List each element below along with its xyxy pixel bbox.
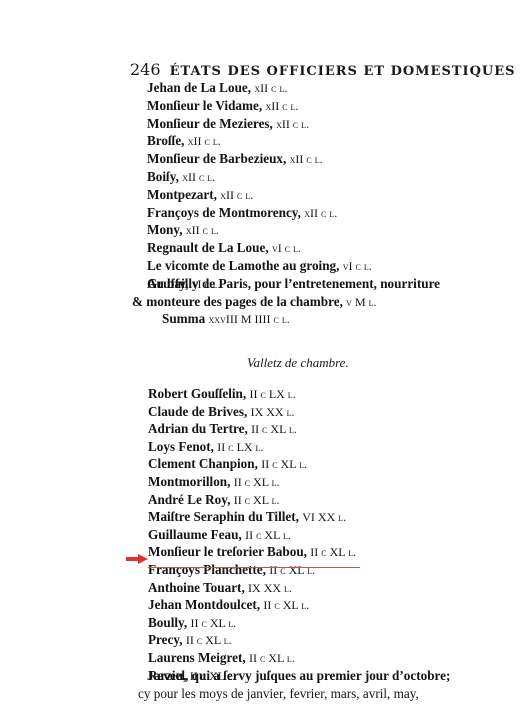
entry-name: Monſieur le treſorier Babou, [148,544,307,559]
entry-amount: xII c l. [304,206,337,220]
entry-amount: VI XX l. [302,510,346,524]
entry-amount: II c XL l. [310,545,356,559]
list-item: Françoys Planchette, II c XL l. [148,562,315,578]
entry-name: Boully, [148,615,187,630]
entry-amount: xII c l. [265,99,298,113]
entry-amount: xII c l. [182,170,215,184]
list-item: Claude de Brives, IX XX l. [148,404,294,420]
list-item: Françoys de Montmorency, xII c l. [147,205,337,221]
list-item: Monſieur le Vidame, xII c l. [147,98,298,114]
section-heading: Valletz de chambre. [247,355,349,371]
list-item: Broſſe, xII c l. [147,133,221,149]
entry-name: Montmorillon, [148,474,230,489]
entry-amount: xII c l. [276,117,309,131]
list-item: Le vicomte de Lamothe au groing, vI c l. [147,258,372,274]
entry-amount: xII c l. [254,81,287,95]
entry-amount: II c XL l. [245,528,291,542]
summa-amount: xxvIII M IIII c l. [209,312,290,326]
entry-name: Monſieur de Mezieres, [147,116,273,131]
entry-amount: II c XL l. [251,422,297,436]
highlight-underline [148,567,360,568]
entry-name: Maiſtre Seraphin du Tillet, [148,509,299,524]
bailly-line-2: & monteure des pages de la chambre, v M … [132,294,377,310]
list-item: Monſieur le treſorier Babou, II c XL l. [148,544,356,560]
list-item: Adrian du Tertre, II c XL l. [148,421,297,437]
entry-amount: II c LX l. [217,440,263,454]
bailly-text: & monteure des pages de la chambre, [132,294,343,309]
entry-amount: II c XL l. [249,651,295,665]
entry-amount: II c XL l. [234,475,280,489]
list-item: Anthoine Touart, IX XX l. [148,580,292,596]
list-item: Regnault de La Loue, vI c l. [147,240,301,256]
list-item: Monſieur de Mezieres, xII c l. [147,116,309,132]
entry-amount: IX XX l. [251,405,295,419]
entry-amount: xII c l. [188,134,221,148]
entry-name: Regnault de La Loue, [147,240,269,255]
entry-name: Monſieur de Barbezieux, [147,151,286,166]
list-item: Clement Chanpion, II c XL l. [148,456,307,472]
entry-name: Loys Fenot, [148,439,214,454]
entry-name: Guillaume Feau, [148,527,242,542]
entry-name: Clement Chanpion, [148,456,258,471]
entry-amount: vI c l. [272,241,301,255]
entry-amount: II c XL l. [263,598,309,612]
entry-name: Anthoine Touart, [148,580,245,595]
page-number: 246 [130,60,161,79]
list-item: Guillaume Feau, II c XL l. [148,527,291,543]
entry-name: Jehan Montdoulcet, [148,597,260,612]
entry-amount: xII c l. [220,188,253,202]
list-item: Boiſy, xII c l. [147,169,215,185]
entry-amount: II c XL l. [234,493,280,507]
list-item: Robert Gouſſelin, II c LX l. [148,386,296,402]
document-page: 246 ÉTATS DES OFFICIERS ET DOMESTIQUES J… [0,0,529,716]
entry-name: Françoys Planchette, [148,562,266,577]
entry-name: Jehan de La Loue, [147,80,251,95]
list-item: Mony, xII c l. [147,222,219,238]
entry-name: Le vicomte de Lamothe au groing, [147,258,339,273]
entry-amount: xII c l. [290,152,323,166]
list-item: Jehan Montdoulcet, II c XL l. [148,597,309,613]
entry-amount: II c LX l. [249,387,295,401]
summa-label: Summa [162,311,205,326]
running-title: ÉTATS DES OFFICIERS ET DOMESTIQUES [170,64,516,79]
list-item: Montpezart, xII c l. [147,187,253,203]
bailly-line-1: Au bailly de Paris, pour l’entretenement… [147,276,440,292]
entry-amount: II c XL l. [186,633,232,647]
jarziel-line-2: cy pour les moys de janvier, fevrier, ma… [138,686,419,702]
red-arrow-icon [126,554,148,564]
entry-name: Adrian du Tertre, [148,421,248,436]
entry-amount: xII c l. [186,223,219,237]
list-item: Loys Fenot, II c LX l. [148,439,263,455]
entry-amount: vI c l. [343,259,372,273]
entry-name: André Le Roy, [148,492,230,507]
entry-amount: II c XL l. [191,616,237,630]
entry-amount: IX XX l. [248,581,292,595]
entry-name: Françoys de Montmorency, [147,205,301,220]
list-item: Monſieur de Barbezieux, xII c l. [147,151,323,167]
list-item: Jehan de La Loue, xII c l. [147,80,287,96]
page-header: 246 ÉTATS DES OFFICIERS ET DOMESTIQUES [130,60,516,79]
summa-line: Summa xxvIII M IIII c l. [162,311,290,327]
entry-name: Montpezart, [147,187,217,202]
list-item: Precy, II c XL l. [148,632,232,648]
entry-name: Broſſe, [147,133,184,148]
entry-amount: II c XL l. [269,563,315,577]
entry-name: Robert Gouſſelin, [148,386,246,401]
entry-name: Mony, [147,222,183,237]
entry-name: Monſieur le Vidame, [147,98,262,113]
list-item: Montmorillon, II c XL l. [148,474,279,490]
list-item: Boully, II c XL l. [148,615,236,631]
list-item: Maiſtre Seraphin du Tillet, VI XX l. [148,509,346,525]
entry-amount: II c XL l. [261,457,307,471]
entry-name: Boiſy, [147,169,179,184]
bailly-amount: v M l. [346,295,376,309]
list-item: Laurens Meigret, II c XL l. [148,650,295,666]
entry-name: Claude de Brives, [148,404,247,419]
entry-name: Precy, [148,632,183,647]
jarziel-line-1: Jarziel, qui a ſervy juſques au premier … [147,668,450,684]
entry-name: Laurens Meigret, [148,650,246,665]
list-item: André Le Roy, II c XL l. [148,492,279,508]
